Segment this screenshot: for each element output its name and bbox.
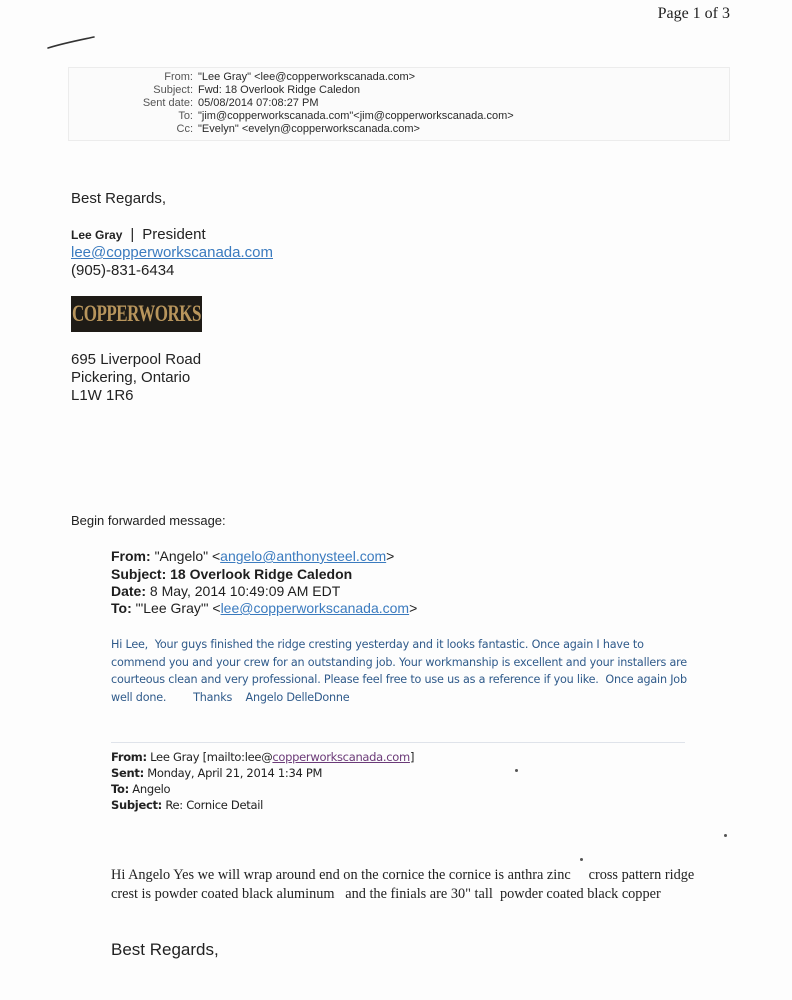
header-value: Fwd: 18 Overlook Ridge Caledon — [198, 84, 360, 96]
page-number: Page 1 of 3 — [658, 5, 730, 23]
to-value: Angelo — [132, 782, 170, 796]
header-row-from: From:"Lee Gray" <lee@copperworkscanada.c… — [69, 71, 415, 84]
scan-speck — [580, 858, 583, 861]
signature-title: President — [142, 226, 205, 243]
from-name: "Angelo" < — [155, 548, 221, 564]
address-line: 695 Liverpool Road — [71, 351, 201, 369]
forwarded-label: Begin forwarded message: — [71, 513, 226, 528]
reply-sent: Sent: Monday, April 21, 2014 1:34 PM — [111, 766, 322, 780]
forwarded-message-body: Hi Lee, Your guys finished the ridge cre… — [111, 636, 691, 706]
copperworks-logo: COPPERWORKS — [71, 296, 202, 332]
mailto-link[interactable]: copperworkscanada.com — [272, 750, 410, 764]
scan-speck — [515, 769, 518, 772]
address-line: L1W 1R6 — [71, 387, 134, 405]
field-label: Subject: — [111, 798, 162, 812]
field-label: Date: — [111, 583, 146, 599]
pen-mark-icon — [46, 36, 96, 50]
reply-to: To: Angelo — [111, 782, 170, 796]
header-row-sent-date: Sent date:05/08/2014 07:08:27 PM — [69, 97, 318, 110]
field-label: Subject: — [111, 566, 166, 582]
signature-email-link[interactable]: lee@copperworkscanada.com — [71, 244, 273, 262]
subject-value: 18 Overlook Ridge Caledon — [170, 566, 352, 582]
to-name: "'Lee Gray'" < — [136, 600, 221, 616]
field-label: From: — [111, 750, 147, 764]
field-label: To: — [111, 782, 129, 796]
address-line: Pickering, Ontario — [71, 369, 190, 387]
header-row-subject: Subject:Fwd: 18 Overlook Ridge Caledon — [69, 84, 360, 97]
signature-separator: | — [130, 226, 134, 243]
signature-closing: Best Regards, — [71, 190, 166, 208]
header-value: "Lee Gray" <lee@copperworkscanada.com> — [198, 71, 415, 83]
to-close: > — [409, 600, 417, 616]
header-label: From: — [69, 71, 193, 84]
header-value: 05/08/2014 07:08:27 PM — [198, 97, 318, 109]
signature-name: Lee Gray — [71, 228, 122, 242]
field-label: From: — [111, 548, 151, 564]
logo-text: COPPERWORKS — [72, 301, 201, 328]
from-text: Lee Gray [mailto:lee@ — [150, 750, 272, 764]
header-label: Subject: — [69, 84, 193, 97]
from-close: ] — [410, 750, 414, 764]
forwarded-subject: Subject: 18 Overlook Ridge Caledon — [111, 566, 352, 582]
email-header-box: From:"Lee Gray" <lee@copperworkscanada.c… — [68, 67, 730, 141]
header-label: Sent date: — [69, 97, 193, 110]
header-value: "jim@copperworkscanada.com"<jim@copperwo… — [198, 110, 514, 122]
date-value: 8 May, 2014 10:49:09 AM EDT — [150, 583, 340, 599]
reply-closing: Best Regards, — [111, 940, 219, 960]
from-email-link[interactable]: angelo@anthonysteel.com — [220, 548, 386, 564]
scan-speck — [724, 834, 727, 837]
header-value: "Evelyn" <evelyn@copperworkscanada.com> — [198, 123, 420, 135]
reply-from: From: Lee Gray [mailto:lee@copperworksca… — [111, 750, 414, 764]
subject-value: Re: Cornice Detail — [165, 798, 263, 812]
from-close: > — [386, 548, 394, 564]
header-row-cc: Cc:"Evelyn" <evelyn@copperworkscanada.co… — [69, 123, 420, 136]
forwarded-to: To: "'Lee Gray'" <lee@copperworkscanada.… — [111, 600, 417, 616]
to-email-link[interactable]: lee@copperworkscanada.com — [221, 600, 410, 616]
sent-value: Monday, April 21, 2014 1:34 PM — [147, 766, 322, 780]
field-label: Sent: — [111, 766, 144, 780]
signature-phone: (905)-831-6434 — [71, 262, 174, 280]
signature-name-line: Lee Gray|President — [71, 226, 206, 244]
forwarded-from: From: "Angelo" <angelo@anthonysteel.com> — [111, 548, 394, 564]
reply-message-body: Hi Angelo Yes we will wrap around end on… — [111, 866, 701, 903]
reply-subject: Subject: Re: Cornice Detail — [111, 798, 263, 812]
header-label: Cc: — [69, 123, 193, 136]
header-label: To: — [69, 110, 193, 123]
field-label: To: — [111, 600, 132, 616]
message-divider — [111, 742, 685, 743]
header-row-to: To:"jim@copperworkscanada.com"<jim@coppe… — [69, 110, 514, 123]
forwarded-date: Date: 8 May, 2014 10:49:09 AM EDT — [111, 583, 340, 599]
